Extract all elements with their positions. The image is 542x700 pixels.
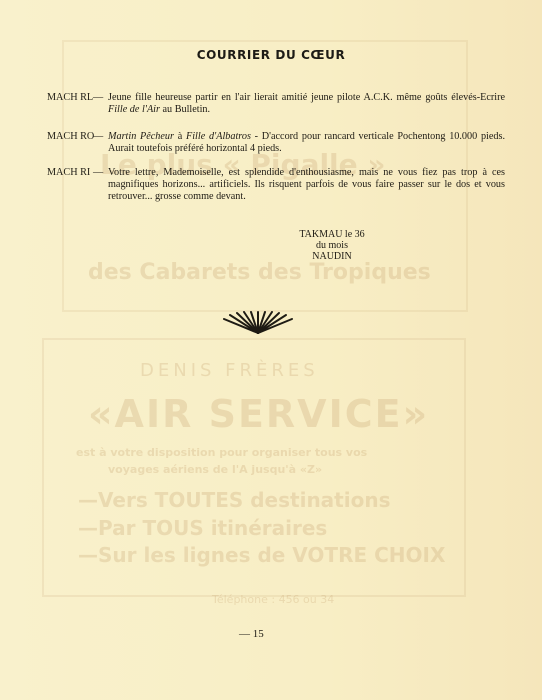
show-through-text: des Cabarets des Tropiques [88, 260, 431, 285]
entry-code: MACH RO [47, 131, 91, 143]
letter-entry: MACH RI — Votre lettre, Mademoiselle, es… [47, 167, 505, 203]
show-through-text: «AIR SERVICE» [88, 392, 429, 436]
document-page: Le plus « Pigalle » des Cabarets des Tro… [0, 0, 542, 700]
show-through-text: —Sur les lignes de VOTRE CHOIX [78, 543, 445, 567]
show-through-text: DENIS FRÈRES [140, 360, 319, 381]
signature-place-date: TAKMAU le 36 du mois [295, 229, 369, 251]
page-title: COURRIER DU CŒUR [0, 48, 542, 62]
show-through-text: —Vers TOUTES destinations [78, 488, 390, 512]
show-through-text: voyages aériens de l'A jusqu'à «Z» [108, 463, 322, 476]
page-number: — 15 [239, 628, 264, 640]
entry-body: Martin Pêcheur à Fille d'Albatros - D'ac… [108, 131, 505, 155]
show-through-text: est à votre disposition pour organiser t… [76, 446, 367, 459]
entry-code: MACH RI [47, 167, 91, 179]
entry-body: Jeune fille heureuse partir en l'air lie… [108, 92, 505, 116]
entry-body: Votre lettre, Mademoiselle, est splendid… [108, 167, 505, 203]
signature-name: NAUDIN [295, 251, 369, 262]
show-through-text: Téléphone : 456 ou 34 [212, 593, 334, 606]
sunburst-ornament-icon [222, 311, 294, 335]
entry-dash: — [93, 92, 103, 104]
entry-dash: — [93, 167, 103, 179]
entry-code: MACH RL [47, 92, 91, 104]
signature: TAKMAU le 36 du mois NAUDIN [295, 229, 369, 262]
letter-entry: MACH RL — Jeune fille heureuse partir en… [47, 92, 505, 116]
show-through-text: —Par TOUS itinéraires [78, 516, 327, 540]
letter-entry: MACH RO — Martin Pêcheur à Fille d'Albat… [47, 131, 505, 155]
entry-dash: — [93, 131, 103, 143]
